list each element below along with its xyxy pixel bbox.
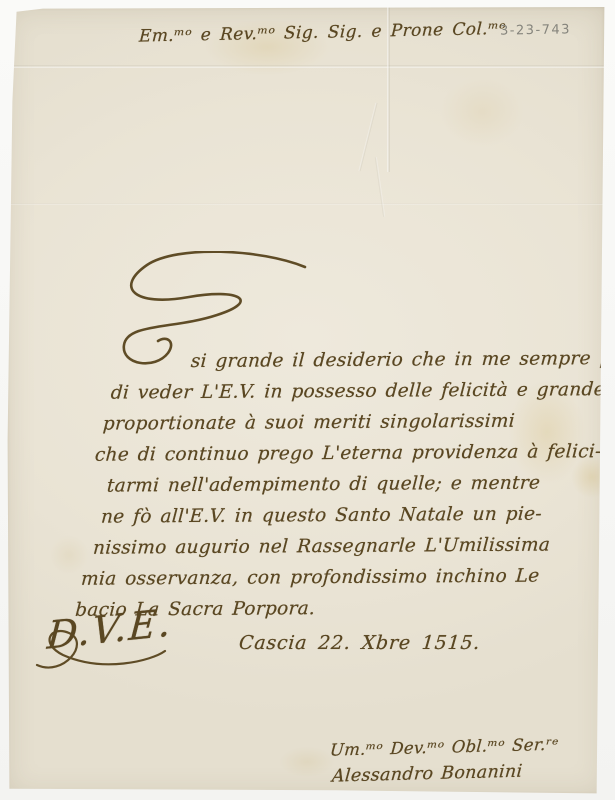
body-line: tarmi nell'adempimento di quelle; e ment… xyxy=(78,467,595,502)
horizontal-fold-crease-middle xyxy=(7,203,605,205)
closing-abbreviation-block: D.V.E. xyxy=(33,603,183,683)
body-line: si grande il desiderio che in me sempre … xyxy=(86,343,603,378)
letter-page: Em.ᵐᵒ e Rev.ᵐᵒ Sig. Sig. e Prone Col.ᵐᵒ … xyxy=(7,7,605,795)
body-line: che di continuo prego L'eterna providenz… xyxy=(80,436,597,471)
body-line: ne fò all'E.V. in questo Santo Natale un… xyxy=(76,498,593,533)
body-line: mia osservanza, con profondissimo inchin… xyxy=(72,560,589,595)
paper-wrinkle xyxy=(375,157,385,217)
body-line: nissimo augurio nel Rassegnarle L'Umilis… xyxy=(74,529,591,564)
scanned-letter: Em.ᵐᵒ e Rev.ᵐᵒ Sig. Sig. e Prone Col.ᵐᵒ … xyxy=(0,0,615,800)
body-line: di veder L'E.V. in possesso delle felici… xyxy=(84,374,601,409)
signature-block: Um.ᵐᵒ Dev.ᵐᵒ Obl.ᵐᵒ Ser.ʳᵉ Alessandro Bo… xyxy=(327,730,611,789)
body-line: proportionate à suoi meriti singolarissi… xyxy=(82,405,599,440)
dateline: Cascia 22. Xbre 1515. xyxy=(238,632,481,654)
archive-number-label: 3-23-743 xyxy=(500,22,571,38)
salutation-line: Em.ᵐᵒ e Rev.ᵐᵒ Sig. Sig. e Prone Col.ᵐᵒ xyxy=(139,19,480,46)
horizontal-fold-crease-top xyxy=(7,65,605,68)
letter-body: si grande il desiderio che in me sempre … xyxy=(70,343,603,626)
